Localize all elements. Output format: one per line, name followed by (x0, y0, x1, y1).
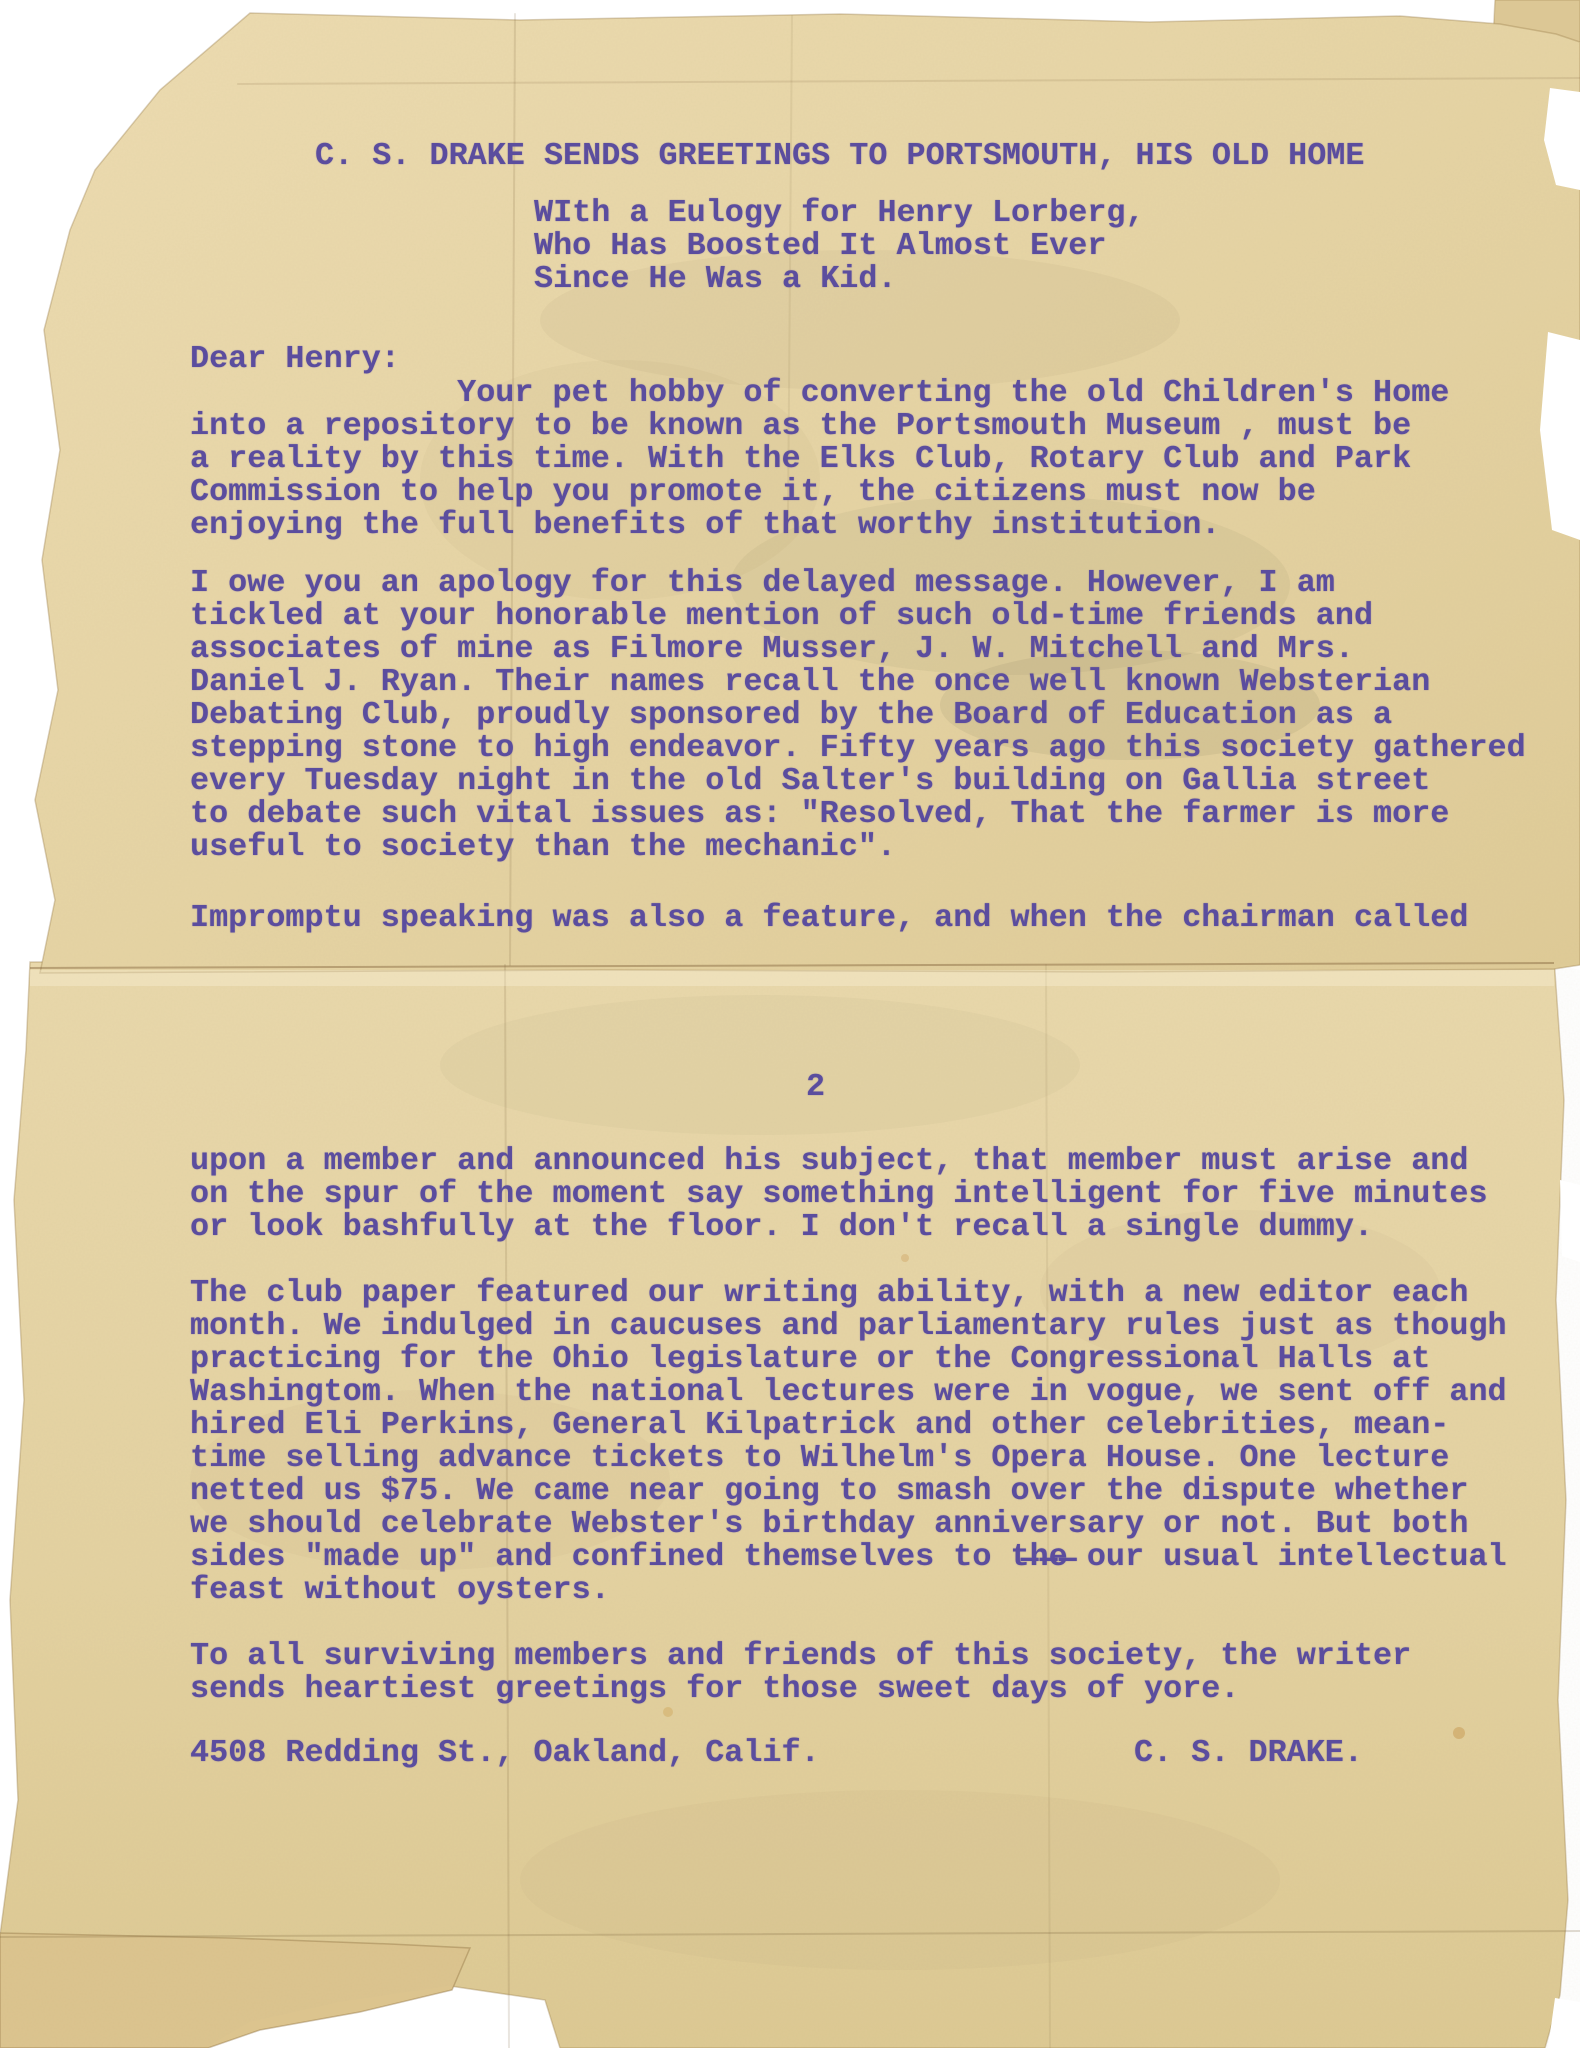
letter-subtitle: WIth a Eulogy for Henry Lorberg, Who Has… (534, 197, 1145, 296)
signature: C. S. DRAKE. (1134, 1737, 1363, 1770)
paragraph: Impromptu speaking was also a feature, a… (190, 902, 1468, 935)
paragraph: To all surviving members and friends of … (190, 1640, 1411, 1706)
paragraph: Your pet hobby of converting the old Chi… (190, 377, 1449, 542)
page-number: 2 (806, 1071, 825, 1104)
paragraph: I owe you an apology for this delayed me… (190, 567, 1526, 864)
salutation: Dear Henry: (190, 343, 400, 376)
paragraph: The club paper featured our writing abil… (190, 1277, 1507, 1607)
letter-title: C. S. DRAKE SENDS GREETINGS TO PORTSMOUT… (315, 140, 1364, 173)
paragraph: upon a member and announced his subject,… (190, 1145, 1488, 1244)
sender-address: 4508 Redding St., Oakland, Calif. (190, 1737, 820, 1770)
typewritten-text-layer: C. S. DRAKE SENDS GREETINGS TO PORTSMOUT… (0, 0, 1580, 2048)
scanned-letter-document: C. S. DRAKE SENDS GREETINGS TO PORTSMOUT… (0, 0, 1580, 2048)
